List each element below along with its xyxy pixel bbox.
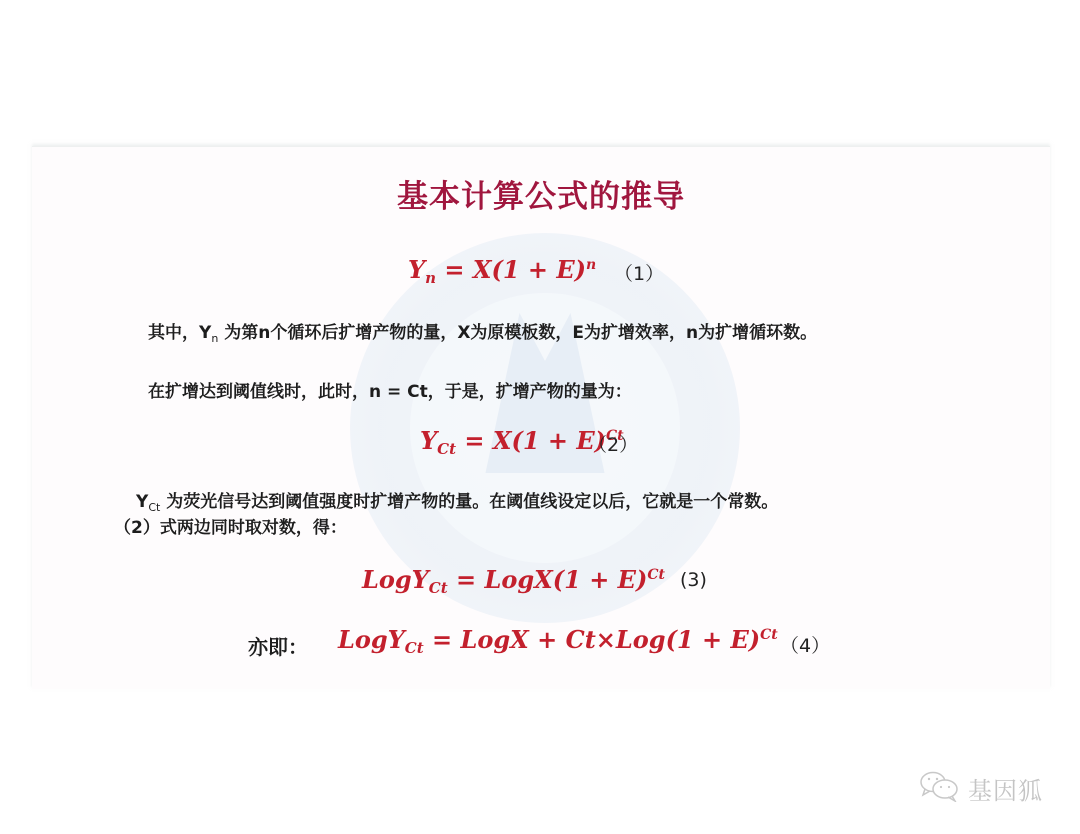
paragraph-threshold: 在扩增达到阈值线时，此时，n = Ct，于是，扩增产物的量为： (148, 377, 632, 402)
equation-4-number: （4） (780, 631, 830, 658)
equation-1-number: （1） (614, 259, 664, 286)
equation-3: LogYCt = LogX(1 + E)Ct (362, 565, 665, 597)
brand-watermark: 基因狐 (918, 770, 1043, 806)
eq3-rhs-sup: Ct (647, 567, 665, 583)
para3-prefix: Y (136, 492, 148, 512)
eq1-lhs: Y (408, 255, 425, 284)
brand-name: 基因狐 (968, 771, 1043, 806)
eq4-lhs: LogY (338, 625, 405, 654)
para3-suffix: 为荧光信号达到阈值强度时扩增产物的量。在阈值线设定以后，它就是一个常数。 (160, 492, 778, 512)
slide-title: 基本计算公式的推导 (32, 171, 1050, 216)
eq3-rhs: = LogX(1 + E) (456, 565, 647, 594)
equation-4: LogYCt = LogX + Ct×Log(1 + E)Ct (338, 625, 778, 657)
equation-4-label: 亦即： (248, 631, 308, 660)
equation-3-number: (3) (680, 569, 707, 591)
eq4-lhs-sub: Ct (405, 639, 424, 657)
eq4-rhs-sup: Ct (760, 627, 778, 643)
eq1-lhs-sub: n (425, 269, 436, 287)
paragraph-yct-definition: YCt 为荧光信号达到阈值强度时扩增产物的量。在阈值线设定以后，它就是一个常数。 (136, 487, 778, 514)
eq1-rhs-sup: n (586, 257, 596, 273)
eq3-lhs: LogY (362, 565, 429, 594)
eq2-lhs-sub: Ct (437, 440, 456, 458)
eq3-lhs-sub: Ct (429, 579, 448, 597)
paragraph-variable-definitions: 其中，Yn 为第n个循环后扩增产物的量，X为原模板数，E为扩增效率，n为扩增循环… (148, 318, 817, 345)
para1-suffix: 为第n个循环后扩增产物的量，X为原模板数，E为扩增效率，n为扩增循环数。 (218, 323, 817, 343)
para1-prefix: 其中，Y (148, 323, 211, 343)
eq2-lhs: Y (420, 426, 437, 455)
equation-2-number: （2） (588, 430, 638, 457)
wechat-icon (918, 770, 962, 806)
eq2-rhs: = X(1 + E) (464, 426, 606, 455)
equation-1: Yn = X(1 + E)n (408, 255, 596, 287)
eq4-rhs: = LogX + Ct×Log(1 + E) (432, 625, 760, 654)
paragraph-take-log: （2）式两边同时取对数，得： (114, 513, 347, 538)
slide: 基本计算公式的推导 Yn = X(1 + E)n （1） 其中，Yn 为第n个循… (32, 146, 1050, 689)
eq1-rhs: = X(1 + E) (444, 255, 586, 284)
